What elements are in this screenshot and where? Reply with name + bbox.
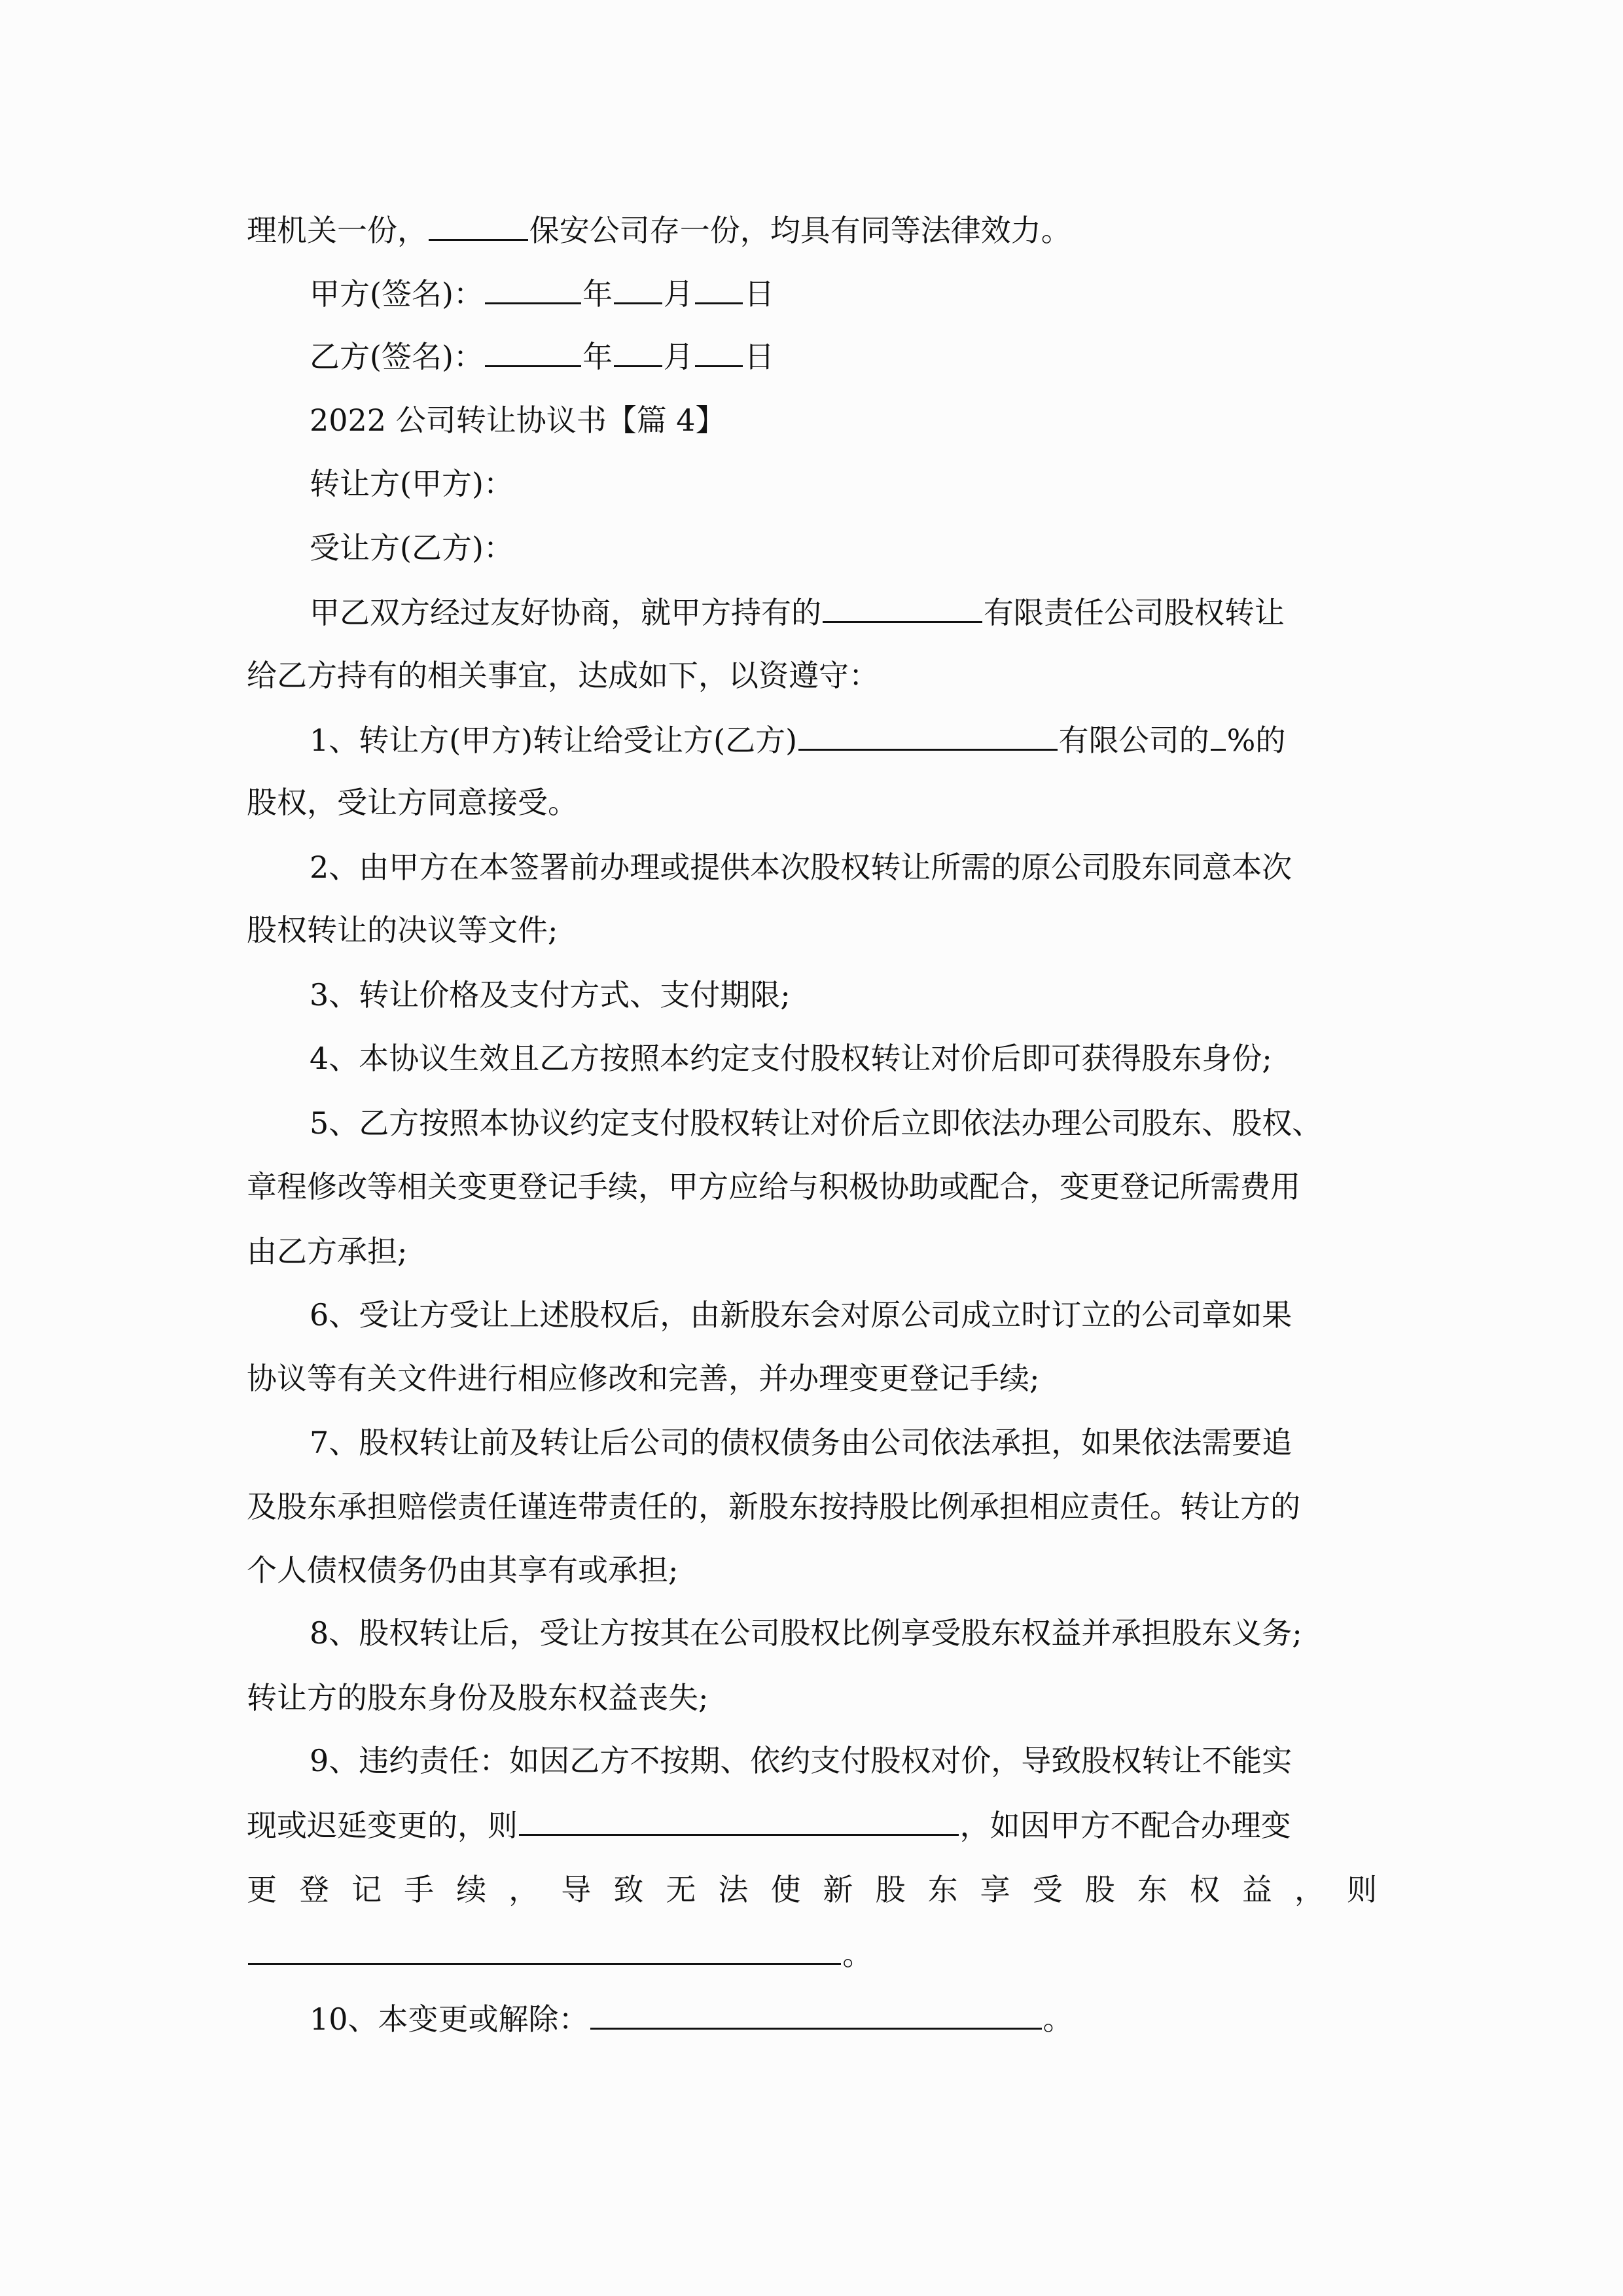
text-segment: 月 bbox=[664, 339, 694, 374]
fill-in-blank bbox=[590, 1999, 1042, 2030]
text-segment: 日 bbox=[744, 339, 774, 374]
text-line: 受让方(乙方)： bbox=[247, 528, 1377, 567]
text-segment: 转让方(甲方)： bbox=[310, 466, 514, 501]
text-segment: 转让方的股东身份及股东权益丧失; bbox=[247, 1680, 709, 1715]
text-line: 理机关一份，保安公司存一份，均具有同等法律效力。 bbox=[247, 210, 1377, 249]
text-segment: 章程修改等相关变更登记手续，甲方应给与积极协助或配合，变更登记所需费用 bbox=[247, 1169, 1300, 1204]
text-line: 章程修改等相关变更登记手续，甲方应给与积极协助或配合，变更登记所需费用 bbox=[247, 1167, 1377, 1206]
text-segment: 保安公司存一份，均具有同等法律效力。 bbox=[529, 213, 1071, 248]
text-segment: 甲乙双方经过友好协商，就甲方持有的 bbox=[310, 595, 821, 630]
text-segment: 10、本变更或解除： bbox=[310, 2001, 589, 2037]
text-segment: 年 bbox=[582, 339, 613, 374]
text-line: 由乙方承担; bbox=[247, 1232, 1377, 1271]
text-segment: 及股东承担赔偿责任谨连带责任的，新股东按持股比例承担相应责任。转让方的 bbox=[247, 1489, 1300, 1524]
text-line: 9、违约责任：如因乙方不按期、依约支付股权对价，导致股权转让不能实 bbox=[247, 1741, 1377, 1780]
text-segment: 协议等有关文件进行相应修改和完善，并办理变更登记手续; bbox=[247, 1361, 1040, 1396]
text-segment: 日 bbox=[744, 276, 774, 312]
text-line: 个人债权债务仍由其享有或承担; bbox=[247, 1551, 1377, 1590]
text-segment: 2、由甲方在本签署前办理或提供本次股权转让所需的原公司股东同意本次 bbox=[310, 850, 1292, 885]
fill-in-blank bbox=[695, 274, 743, 304]
text-segment: 由乙方承担; bbox=[247, 1234, 408, 1269]
text-line: 协议等有关文件进行相应修改和完善，并办理变更登记手续; bbox=[247, 1359, 1377, 1398]
text-line: 2022 公司转让协议书【篇 4】 bbox=[247, 401, 1377, 440]
text-segment: 乙方(签名)： bbox=[310, 339, 484, 374]
fill-in-blank bbox=[823, 592, 982, 623]
text-segment: 8、股权转让后，受让方按其在公司股权比例享受股东权益并承担股东义务; bbox=[310, 1615, 1302, 1651]
text-line: 6、受让方受让上述股权后，由新股东会对原公司成立时订立的公司章如果 bbox=[247, 1295, 1377, 1335]
text-segment: 甲方(签名)： bbox=[310, 276, 484, 312]
text-line: 给乙方持有的相关事宜，达成如下，以资遵守： bbox=[247, 656, 1377, 695]
text-line: 及股东承担赔偿责任谨连带责任的，新股东按持股比例承担相应责任。转让方的 bbox=[247, 1487, 1377, 1526]
text-segment: %的 bbox=[1227, 723, 1286, 758]
fill-in-blank bbox=[429, 210, 528, 241]
text-line: 8、股权转让后，受让方按其在公司股权比例享受股东权益并承担股东义务; bbox=[247, 1613, 1377, 1653]
text-segment: ，如因甲方不配合办理变 bbox=[960, 1808, 1291, 1843]
text-segment: 有限公司的 bbox=[1059, 723, 1209, 758]
fill-in-blank bbox=[1211, 720, 1226, 751]
text-segment: 有限责任公司股权转让 bbox=[984, 595, 1285, 630]
text-line: 更登记手续，导致无法使新股东享受股东权益，则 bbox=[247, 1870, 1377, 1909]
text-segment: 7、股权转让前及转让后公司的债权债务由公司依法承担，如果依法需要追 bbox=[310, 1425, 1292, 1460]
text-line: 2、由甲方在本签署前办理或提供本次股权转让所需的原公司股东同意本次 bbox=[247, 848, 1377, 887]
document-page: 理机关一份，保安公司存一份，均具有同等法律效力。甲方(签名)：年月日乙方(签名)… bbox=[0, 0, 1623, 2296]
text-segment: 年 bbox=[582, 276, 613, 312]
text-segment: 理机关一份， bbox=[247, 213, 427, 248]
text-segment: 1、转让方(甲方)转让给受让方(乙方) bbox=[310, 723, 797, 758]
fill-in-blank bbox=[798, 720, 1058, 751]
text-line: 4、本协议生效且乙方按照本约定支付股权转让对价后即可获得股东身份; bbox=[247, 1039, 1377, 1078]
text-segment: 更登记手续，导致无法使新股东享受股东权益，则 bbox=[247, 1872, 1377, 1907]
fill-in-blank bbox=[519, 1805, 959, 1836]
text-line: 股权转让的决议等文件; bbox=[247, 910, 1377, 950]
text-line: 乙方(签名)：年月日 bbox=[247, 336, 1377, 376]
text-line: 7、股权转让前及转让后公司的债权债务由公司依法承担，如果依法需要追 bbox=[247, 1423, 1377, 1462]
fill-in-blank bbox=[485, 274, 581, 304]
text-segment: 股权，受让方同意接受。 bbox=[247, 785, 578, 820]
fill-in-blank bbox=[614, 336, 662, 367]
text-segment: 。 bbox=[1043, 2001, 1073, 2037]
text-segment: 2022 公司转让协议书【篇 4】 bbox=[310, 403, 726, 438]
text-line: 10、本变更或解除：。 bbox=[247, 1999, 1377, 2038]
text-line: 转让方(甲方)： bbox=[247, 464, 1377, 503]
fill-in-blank bbox=[695, 336, 743, 367]
text-line: 。 bbox=[247, 1934, 1377, 1973]
text-segment: 个人债权债务仍由其享有或承担; bbox=[247, 1552, 679, 1588]
text-segment: 4、本协议生效且乙方按照本约定支付股权转让对价后即可获得股东身份; bbox=[310, 1041, 1272, 1076]
text-segment: 现或迟延变更的，则 bbox=[247, 1808, 518, 1843]
text-line: 1、转让方(甲方)转让给受让方(乙方)有限公司的%的 bbox=[247, 720, 1377, 759]
text-line: 5、乙方按照本协议约定支付股权转让对价后立即依法办理公司股东、股权、 bbox=[247, 1103, 1377, 1143]
text-segment: 6、受让方受让上述股权后，由新股东会对原公司成立时订立的公司章如果 bbox=[310, 1297, 1292, 1333]
text-segment: 。 bbox=[842, 1937, 872, 1972]
text-segment: 受让方(乙方)： bbox=[310, 530, 514, 565]
text-line: 甲方(签名)：年月日 bbox=[247, 274, 1377, 313]
text-line: 甲乙双方经过友好协商，就甲方持有的有限责任公司股权转让 bbox=[247, 592, 1377, 632]
text-segment: 3、转让价格及支付方式、支付期限; bbox=[310, 977, 791, 1013]
fill-in-blank bbox=[248, 1934, 841, 1965]
text-line: 股权，受让方同意接受。 bbox=[247, 783, 1377, 822]
text-segment: 股权转让的决议等文件; bbox=[247, 912, 558, 948]
text-segment: 月 bbox=[664, 276, 694, 312]
text-line: 现或迟延变更的，则，如因甲方不配合办理变 bbox=[247, 1805, 1377, 1844]
text-line: 转让方的股东身份及股东权益丧失; bbox=[247, 1678, 1377, 1717]
text-segment: 9、违约责任：如因乙方不按期、依约支付股权对价，导致股权转让不能实 bbox=[310, 1743, 1292, 1778]
fill-in-blank bbox=[614, 274, 662, 304]
fill-in-blank bbox=[485, 336, 581, 367]
text-line: 3、转让价格及支付方式、支付期限; bbox=[247, 975, 1377, 1014]
text-segment: 5、乙方按照本协议约定支付股权转让对价后立即依法办理公司股东、股权、 bbox=[310, 1105, 1322, 1141]
text-segment: 给乙方持有的相关事宜，达成如下，以资遵守： bbox=[247, 658, 879, 693]
